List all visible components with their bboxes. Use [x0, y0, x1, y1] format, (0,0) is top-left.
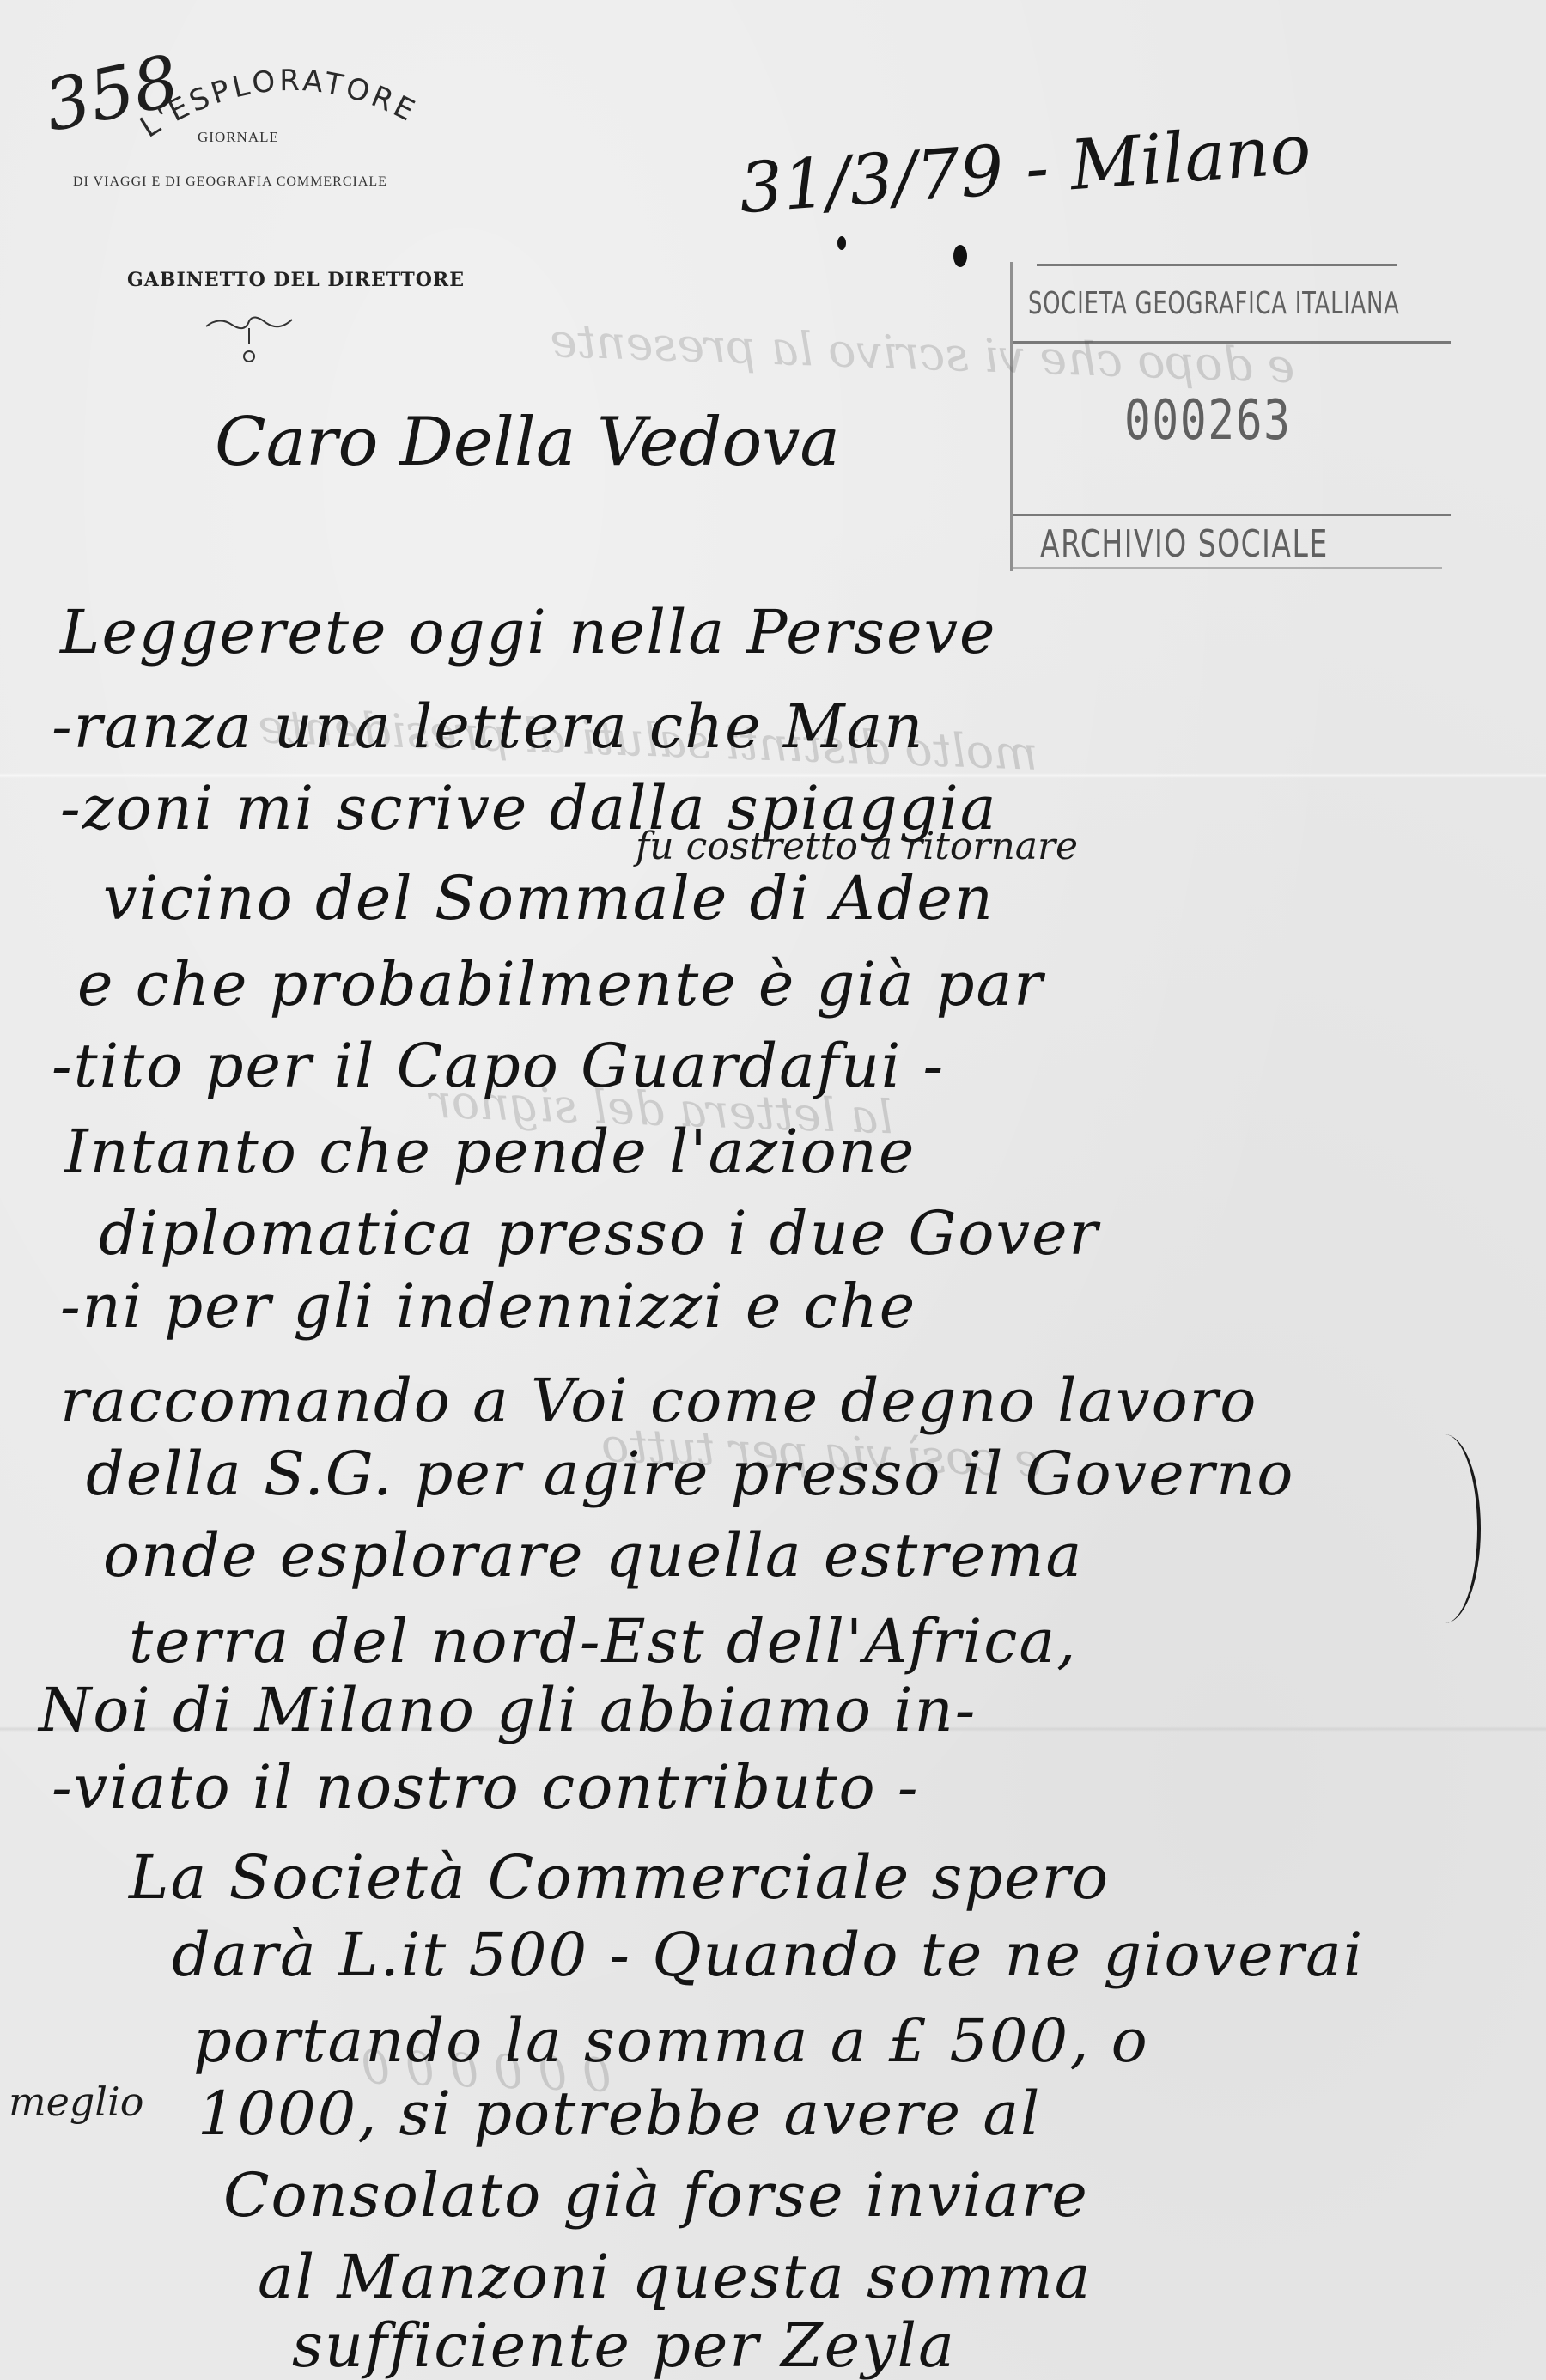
body-line-12: onde esplorare quella estrema [103, 1520, 1083, 1591]
body-line-22: sufficiente per Zeyla [292, 2310, 956, 2380]
body-line-1: Leggerete oggi nella Perseve [60, 597, 996, 667]
body-line-7: Intanto che pende l'azione [64, 1117, 916, 1187]
body-line-17: darà L.it 500 - Quando te ne gioverai [172, 1920, 1364, 1990]
salutation: Caro Della Vedova [215, 404, 840, 481]
ink-blot [953, 245, 967, 267]
body-line-10: raccomando a Voi come degno lavoro [60, 1366, 1257, 1436]
stamp-rule [1013, 341, 1451, 344]
body-line-19: 1000, si potrebbe avere al [198, 2079, 1041, 2149]
bracket-mark [1409, 1434, 1481, 1623]
stamp-department: ARCHIVIO SOCIALE [1040, 522, 1329, 566]
letterhead-subtitle: GIORNALE [198, 129, 279, 146]
letterhead-tagline: DI VIAGGI E DI GEOGRAFIA COMMERCIALE [73, 174, 387, 190]
body-line-13: terra del nord-Est dell'Africa, [129, 1606, 1077, 1677]
margin-note: meglio [9, 2079, 143, 2125]
body-line-15: -viato il nostro contributo - [52, 1752, 920, 1823]
interlinear-insertion: fu costretto a ritornare [636, 825, 1078, 868]
stamp-rule [1013, 567, 1442, 569]
letterhead-office: GABINETTO DEL DIRETTORE [127, 269, 465, 291]
body-line-4: vicino del Sommale di Aden [103, 863, 995, 934]
body-line-6: -tito per il Capo Guardafui - [52, 1031, 945, 1101]
stamp-rule [1037, 264, 1397, 266]
stamp-rule [1013, 514, 1451, 516]
archive-stamp: SOCIETA GEOGRAFICA ITALIANA 000263 ARCHI… [1010, 262, 1459, 571]
body-line-9: -ni per gli indennizzi e che [60, 1271, 916, 1342]
letterhead-title: L'ESPLORATORE [129, 52, 464, 155]
body-line-8: diplomatica presso i due Gover [99, 1198, 1099, 1269]
body-line-18: portando la somma a £ 500, o [193, 2006, 1149, 2076]
stamp-number: 000263 [1124, 389, 1292, 453]
ink-blot [837, 236, 846, 250]
body-line-2: -ranza una lettera che Man [52, 691, 924, 762]
body-line-14: Noi di Milano gli abbiamo in- [39, 1675, 977, 1745]
body-line-20: Consolato già forse inviare [223, 2160, 1089, 2231]
body-line-11: della S.G. per agire presso il Governo [86, 1439, 1294, 1509]
stamp-organization: SOCIETA GEOGRAFICA ITALIANA [1028, 286, 1400, 321]
body-line-5: e che probabilmente è già par [77, 949, 1044, 1020]
body-line-16: La Società Commerciale spero [129, 1842, 1110, 1913]
ornament-icon [202, 309, 296, 373]
body-line-21: al Manzoni questa somma [258, 2242, 1093, 2312]
